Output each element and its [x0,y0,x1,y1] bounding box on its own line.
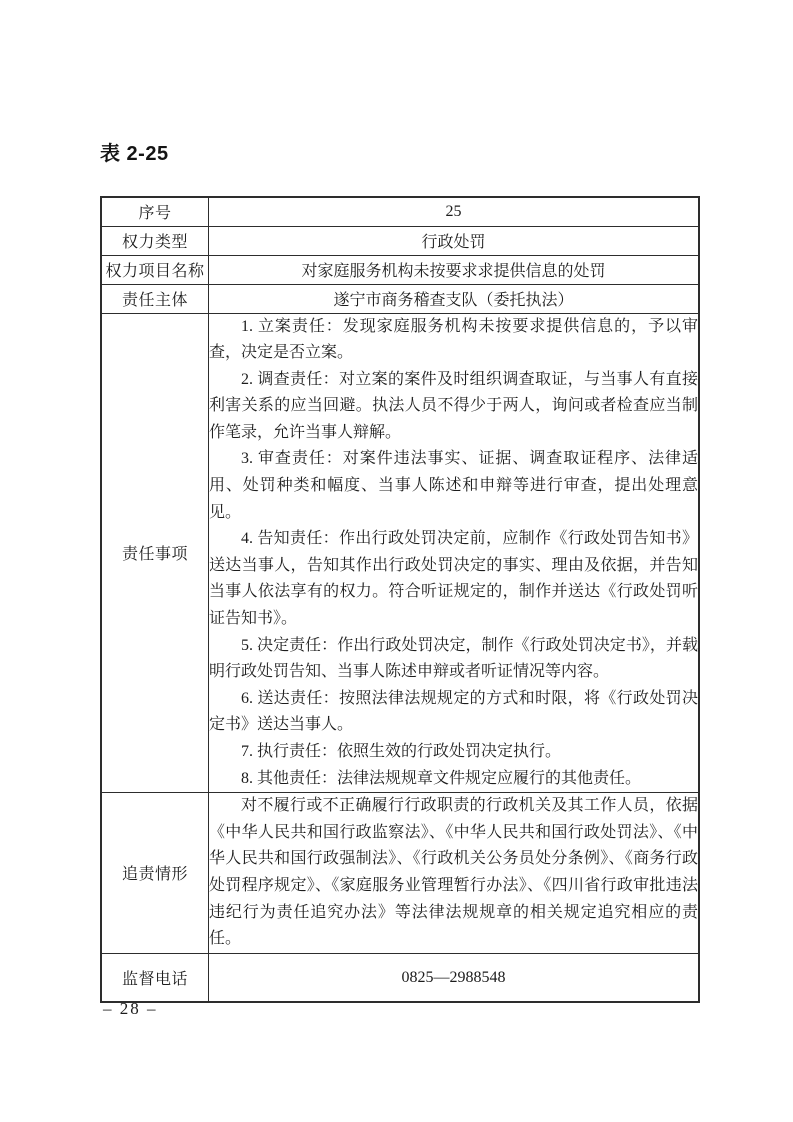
table-row-serial: 序号 25 [101,197,699,226]
power-item-name-value: 对家庭服务机构未按要求求提供信息的处罚 [209,255,700,284]
duty-paragraph-8: 8. 其他责任：法律法规规章文件规定应履行的其他责任。 [209,766,698,793]
duty-paragraph-1: 1. 立案责任：发现家庭服务机构未按要求提供信息的，予以审查，决定是否立案。 [209,314,698,367]
duty-paragraph-7: 7. 执行责任：依照生效的行政处罚决定执行。 [209,739,698,766]
accountability-content: 对不履行或不正确履行行政职责的行政机关及其工作人员，依据《中华人民共和国行政监察… [209,793,700,954]
serial-row-value: 25 [209,197,700,226]
responsible-body-label: 责任主体 [101,284,209,313]
supervision-phone-label: 监督电话 [101,953,209,1002]
table-row-supervision-phone: 监督电话 0825—2988548 [101,953,699,1002]
duty-paragraph-2: 2. 调查责任：对立案的案件及时组织调查取证，与当事人有直接利害关系的应当回避。… [209,367,698,447]
responsible-body-value: 遂宁市商务稽查支队（委托执法） [209,284,700,313]
supervision-phone-value: 0825—2988548 [209,953,700,1002]
duty-items-content: 1. 立案责任：发现家庭服务机构未按要求提供信息的，予以审查，决定是否立案。 2… [209,313,700,793]
power-type-label: 权力类型 [101,226,209,255]
serial-row-label: 序号 [101,197,209,226]
page-number: – 28 – [103,999,158,1019]
accountability-paragraph: 对不履行或不正确履行行政职责的行政机关及其工作人员，依据《中华人民共和国行政监察… [209,793,698,953]
duty-paragraph-4: 4. 告知责任：作出行政处罚决定前，应制作《行政处罚告知书》送达当事人，告知其作… [209,526,698,632]
table-row-accountability: 追责情形 对不履行或不正确履行行政职责的行政机关及其工作人员，依据《中华人民共和… [101,793,699,954]
duty-paragraph-6: 6. 送达责任：按照法律法规规定的方式和时限，将《行政处罚决定书》送达当事人。 [209,686,698,739]
table-row-power-type: 权力类型 行政处罚 [101,226,699,255]
duty-items-label: 责任事项 [101,313,209,793]
table-row-duty-items: 责任事项 1. 立案责任：发现家庭服务机构未按要求提供信息的，予以审查，决定是否… [101,313,699,793]
duty-paragraph-5: 5. 决定责任：作出行政处罚决定，制作《行政处罚决定书》，并载明行政处罚告知、当… [209,633,698,686]
document-page: 表 2-25 序号 25 权力类型 行政处罚 权力项目名称 对家庭服务机构未按要… [0,0,793,1122]
power-type-value: 行政处罚 [209,226,700,255]
duty-paragraph-3: 3. 审查责任：对案件违法事实、证据、调查取证程序、法律适用、处罚种类和幅度、当… [209,446,698,526]
power-item-table: 序号 25 权力类型 行政处罚 权力项目名称 对家庭服务机构未按要求求提供信息的… [100,196,700,1003]
table-caption: 表 2-25 [100,137,169,166]
table-row-power-item-name: 权力项目名称 对家庭服务机构未按要求求提供信息的处罚 [101,255,699,284]
accountability-label: 追责情形 [101,793,209,954]
power-item-name-label: 权力项目名称 [101,255,209,284]
table-row-responsible-body: 责任主体 遂宁市商务稽查支队（委托执法） [101,284,699,313]
